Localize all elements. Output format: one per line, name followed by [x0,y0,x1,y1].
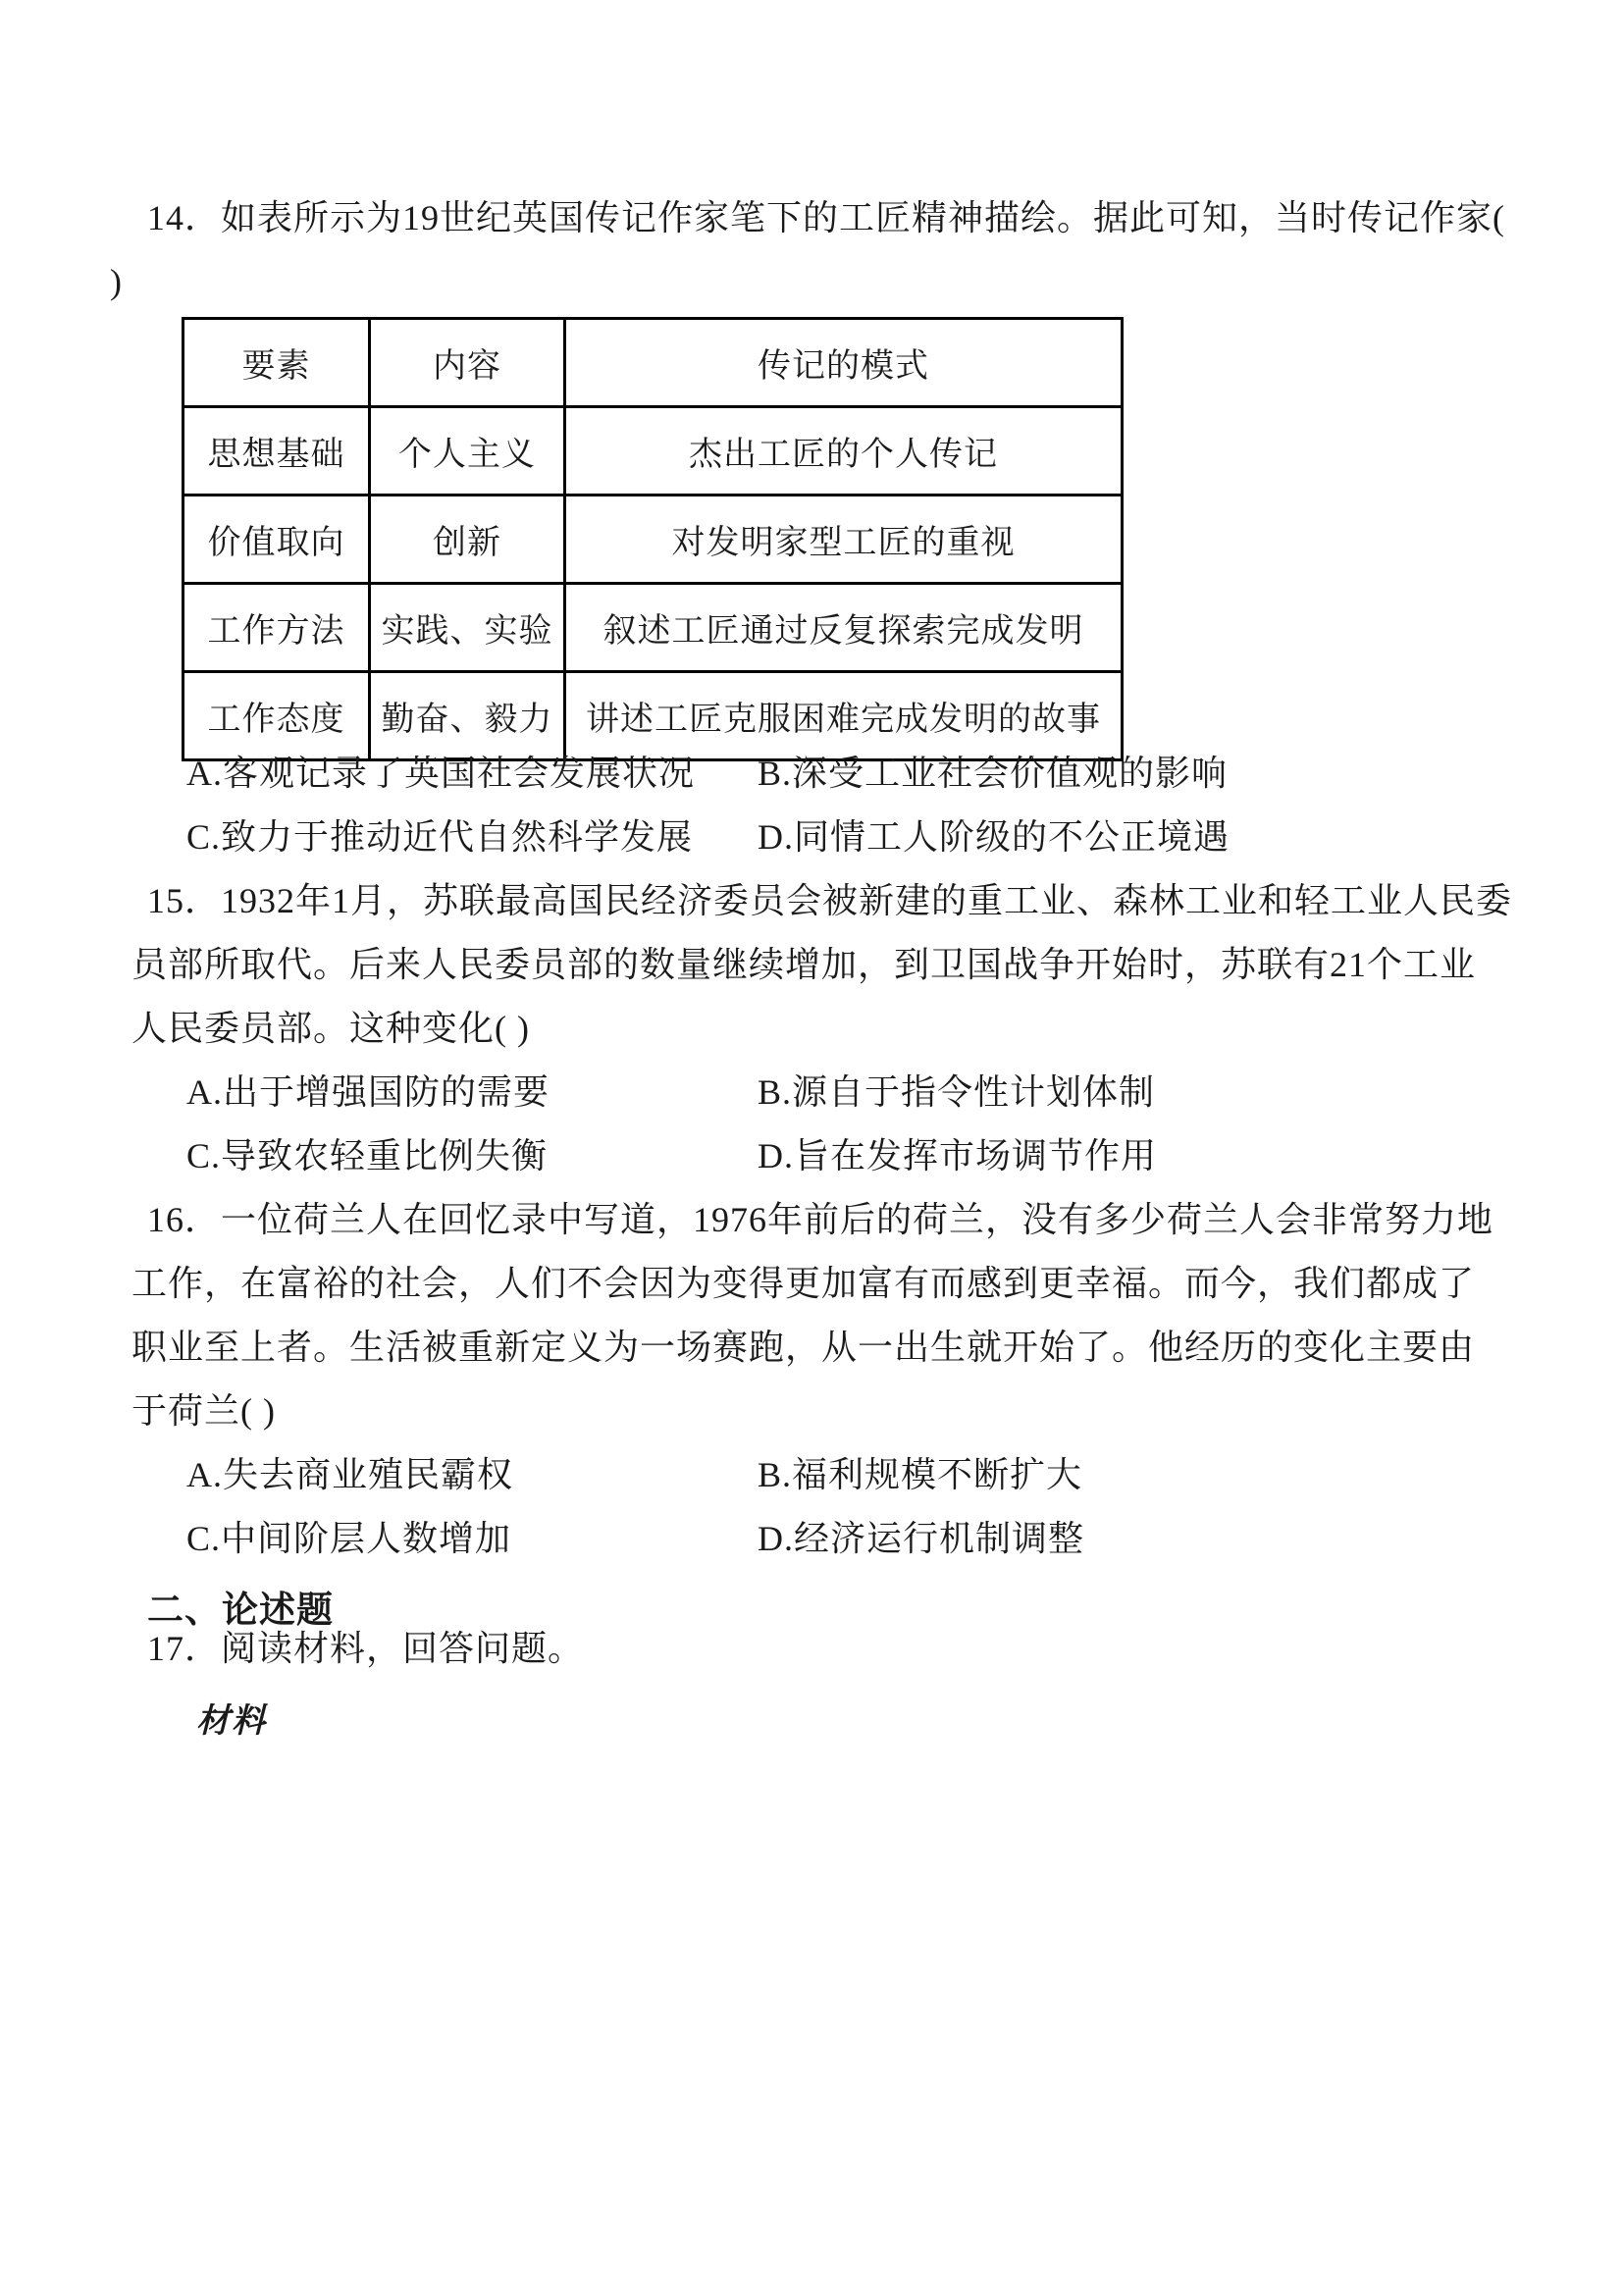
q15-option-b: B.源自于指令性计划体制 [758,1070,1155,1114]
table-cell: 勤奋、毅力 [370,672,565,760]
exam-page: 14．如表所示为19世纪英国传记作家笔下的工匠精神描绘。据此可知，当时传记作家(… [0,0,1623,2296]
table-cell: 价值取向 [183,496,370,584]
table-cell: 思想基础 [183,407,370,496]
q14-option-c: C.致力于推动近代自然科学发展 [186,815,693,859]
table-cell: 创新 [370,496,565,584]
q14-option-d: D.同情工人阶级的不公正境遇 [758,815,1230,859]
q15-option-d: D.旨在发挥市场调节作用 [758,1134,1157,1177]
material-label: 材料 [196,1694,267,1742]
table-header-cell: 要素 [183,319,370,407]
table-cell: 讲述工匠克服困难完成发明的故事 [565,672,1123,760]
question-14-line-2: ) [110,260,123,303]
table-row: 价值取向 创新 对发明家型工匠的重视 [183,496,1123,584]
q16-option-d: D.经济运行机制调整 [758,1517,1084,1560]
question-16-line-1: 16．一位荷兰人在回忆录中写道，1976年前后的荷兰，没有多少荷兰人会非常努力地 [147,1198,1493,1241]
section-2-title: 二、论述题 [147,1580,334,1633]
table-cell: 实践、实验 [370,584,565,672]
table-header-cell: 内容 [370,319,565,407]
table-cell: 叙述工匠通过反复探索完成发明 [565,584,1123,672]
question-17-stem: 17．阅读材料，回答问题。 [147,1627,584,1670]
question-16-line-3: 职业至上者。生活被重新定义为一场赛跑，从一出生就开始了。他经历的变化主要由 [131,1326,1475,1369]
q15-option-a: A.出于增强国防的需要 [186,1070,550,1114]
q16-option-b: B.福利规模不断扩大 [758,1453,1082,1496]
question-15-line-3: 人民委员部。这种变化( ) [131,1007,530,1050]
table-cell: 工作方法 [183,584,370,672]
table-header-row: 要素 内容 传记的模式 [183,319,1123,407]
table-cell: 个人主义 [370,407,565,496]
q14-option-a: A.客观记录了英国社会发展状况 [186,752,695,795]
question-14-line-1: 14．如表所示为19世纪英国传记作家笔下的工匠精神描绘。据此可知，当时传记作家( [147,196,1505,239]
question-15-line-2: 员部所取代。后来人民委员部的数量继续增加，到卫国战争开始时，苏联有21个工业 [131,943,1476,986]
table-row: 工作态度 勤奋、毅力 讲述工匠克服困难完成发明的故事 [183,672,1123,760]
q15-option-c: C.导致农轻重比例失衡 [186,1134,548,1177]
table-row: 思想基础 个人主义 杰出工匠的个人传记 [183,407,1123,496]
table-row: 工作方法 实践、实验 叙述工匠通过反复探索完成发明 [183,584,1123,672]
question-15-line-1: 15．1932年1月，苏联最高国民经济委员会被新建的重工业、森林工业和轻工业人民… [147,879,1512,922]
question-16-line-2: 工作，在富裕的社会，人们不会因为变得更加富有而感到更幸福。而今，我们都成了 [131,1262,1475,1305]
craftsman-spirit-table: 要素 内容 传记的模式 思想基础 个人主义 杰出工匠的个人传记 价值取向 创新 … [182,317,1124,761]
q16-option-a: A.失去商业殖民霸权 [186,1453,513,1496]
table-header-cell: 传记的模式 [565,319,1123,407]
table-cell: 杰出工匠的个人传记 [565,407,1123,496]
question-16-line-4: 于荷兰( ) [131,1389,276,1433]
q16-option-c: C.中间阶层人数增加 [186,1517,511,1560]
q14-option-b: B.深受工业社会价值观的影响 [758,752,1228,795]
table-cell: 工作态度 [183,672,370,760]
table-cell: 对发明家型工匠的重视 [565,496,1123,584]
